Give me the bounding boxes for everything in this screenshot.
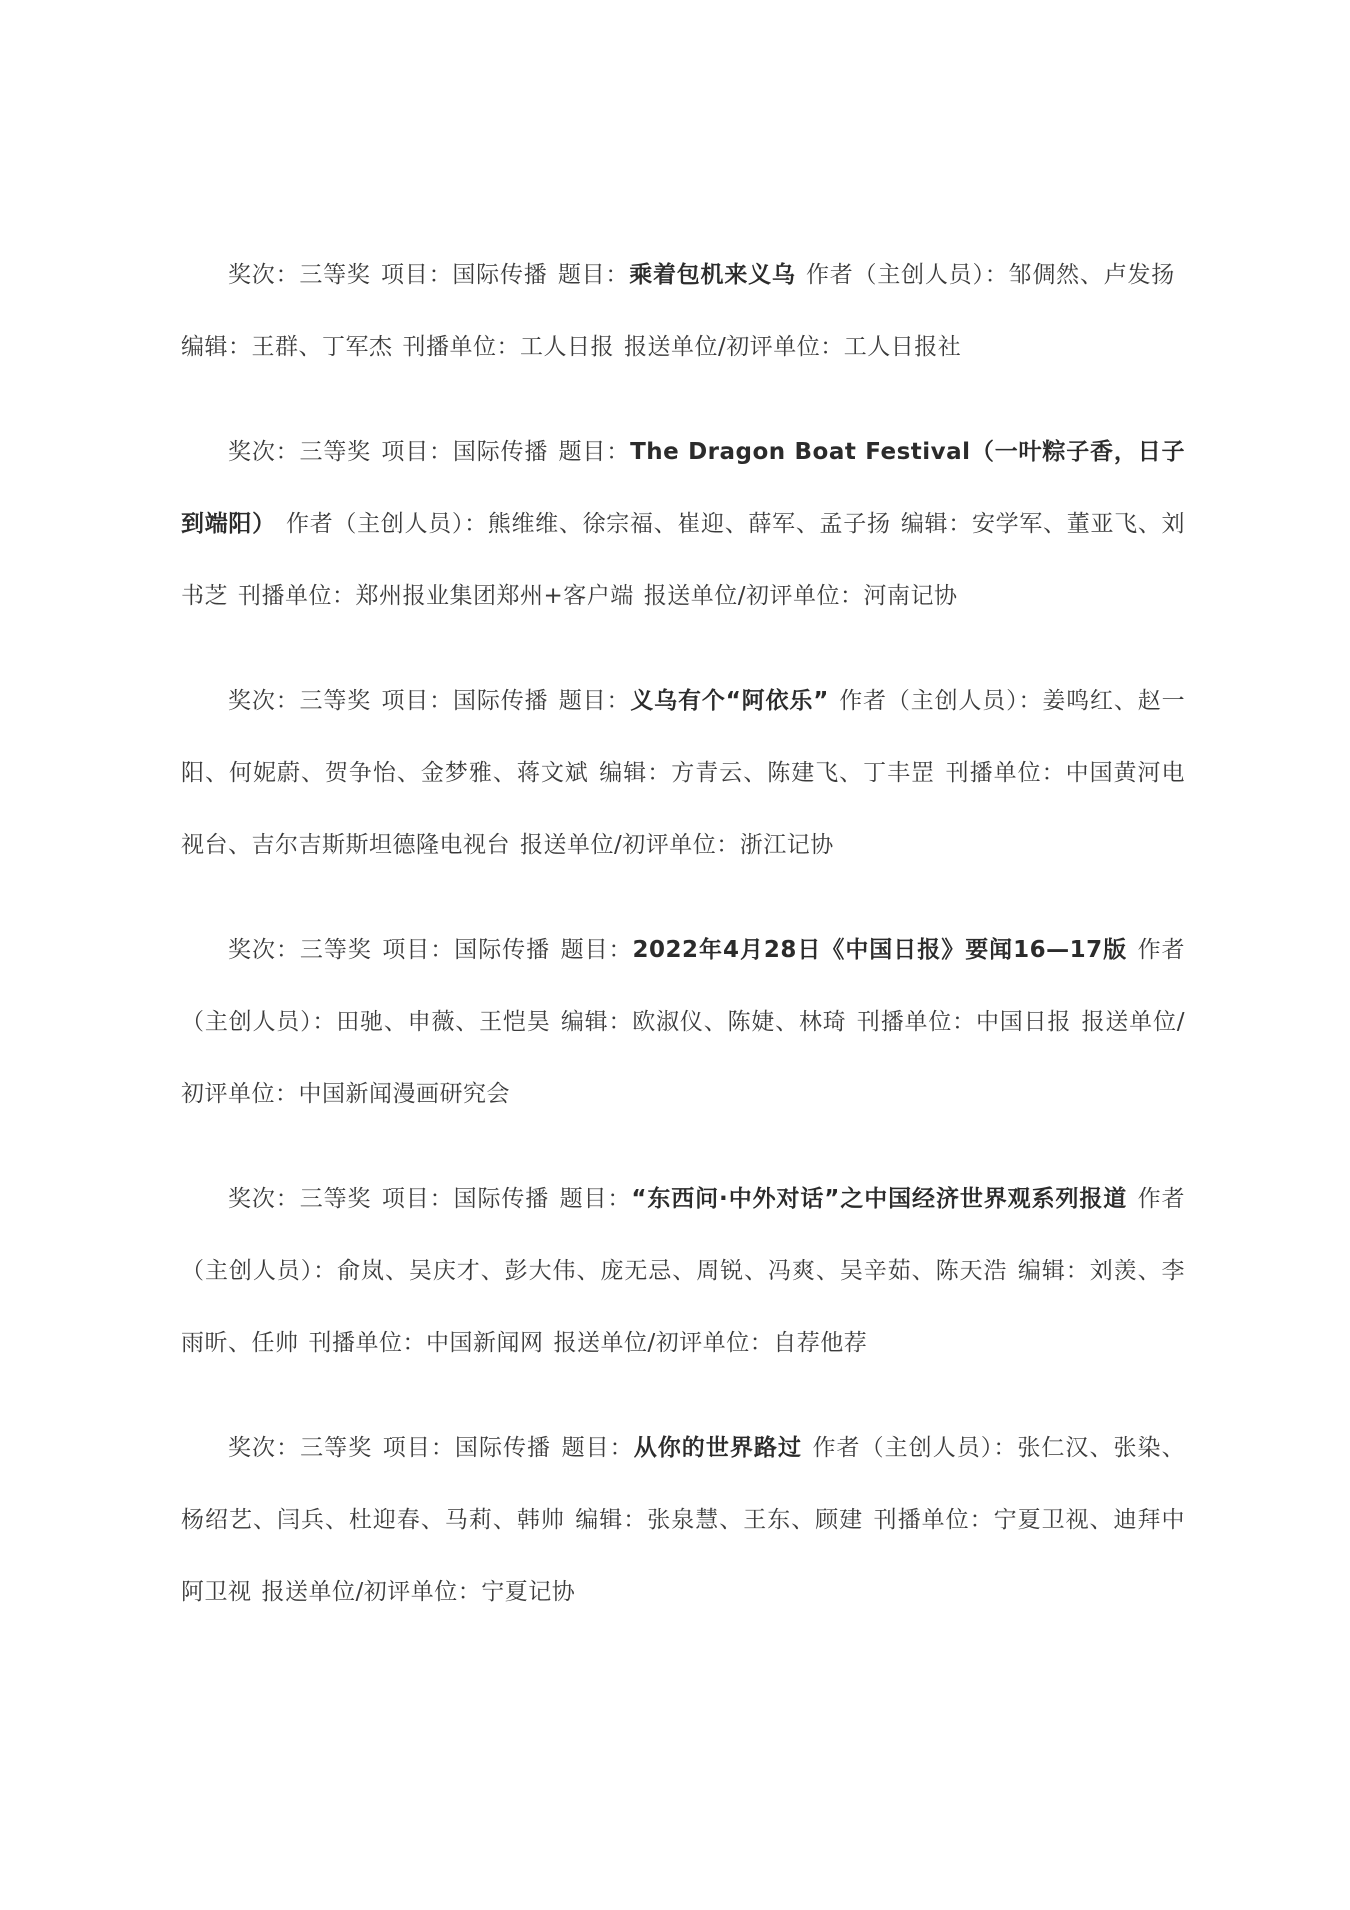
category-value: 国际传播: [454, 1186, 550, 1212]
editors-label: 编辑：: [181, 334, 252, 360]
authors-label: 作者（主创人员）：: [806, 262, 1009, 288]
submitter-label: 报送单位/初评单位：: [644, 583, 864, 609]
award-label: 奖次：: [228, 439, 300, 465]
award-value: 三等奖: [300, 1435, 372, 1461]
publisher-label: 刊播单位：: [873, 1507, 993, 1533]
authors-value: 邹倜然、卢发扬: [1009, 262, 1176, 288]
authors-value: 俞岚、吴庆才、彭大伟、庞无忌、周锐、冯爽、吴辛茹、陈天浩: [337, 1258, 1007, 1284]
authors-value: 熊维维、徐宗福、崔迎、薛军、孟子扬: [488, 511, 891, 537]
award-entry: 奖次：三等奖项目：国际传播题目：The Dragon Boat Festival…: [181, 416, 1185, 632]
category-value: 国际传播: [455, 1435, 551, 1461]
category-value: 国际传播: [454, 937, 550, 963]
publisher-value: 工人日报: [520, 334, 614, 360]
award-label: 奖次：: [228, 262, 299, 288]
publisher-value: 郑州报业集团郑州+客户端: [356, 583, 634, 609]
submitter-label: 报送单位/初评单位：: [520, 832, 740, 858]
award-value: 三等奖: [300, 937, 372, 963]
editors-value: 张泉慧、王东、顾建: [647, 1507, 863, 1533]
title-label: 题目：: [560, 937, 632, 963]
award-entry: 奖次：三等奖项目：国际传播题目：乘着包机来义乌作者（主创人员）：邹倜然、卢发扬编…: [181, 239, 1185, 383]
publisher-label: 刊播单位：: [857, 1009, 976, 1035]
category-label: 项目：: [382, 937, 454, 963]
submitter-label: 报送单位/初评单位：: [262, 1579, 482, 1605]
title-label: 题目：: [561, 1435, 634, 1461]
submitter-value: 浙江记协: [740, 832, 834, 858]
submitter-value: 中国新闻漫画研究会: [299, 1081, 511, 1107]
authors-label: 作者（主创人员）：: [812, 1435, 1017, 1461]
editors-label: 编辑：: [575, 1507, 647, 1533]
publisher-label: 刊播单位：: [945, 760, 1065, 786]
award-value: 三等奖: [300, 439, 372, 465]
editors-label: 编辑：: [561, 1009, 633, 1035]
entry-title: 从你的世界路过: [634, 1435, 802, 1461]
award-entry: 奖次：三等奖项目：国际传播题目：从你的世界路过作者（主创人员）：张仁汉、张染、杨…: [181, 1412, 1185, 1628]
award-label: 奖次：: [228, 1435, 300, 1461]
category-label: 项目：: [381, 688, 453, 714]
award-label: 奖次：: [228, 937, 300, 963]
entry-title: 2022年4月28日《中国日报》要闻16—17版: [633, 937, 1128, 963]
submitter-label: 报送单位/初评单位：: [624, 334, 844, 360]
award-value: 三等奖: [299, 262, 370, 288]
category-label: 项目：: [381, 439, 453, 465]
title-label: 题目：: [558, 688, 630, 714]
submitter-label: 报送单位/初评单位：: [554, 1330, 774, 1356]
title-label: 题目：: [558, 439, 630, 465]
entry-title: 义乌有个“阿依乐”: [630, 688, 829, 714]
submitter-value: 自荐他荐: [773, 1330, 867, 1356]
document-page: 奖次：三等奖项目：国际传播题目：乘着包机来义乌作者（主创人员）：邹倜然、卢发扬编…: [181, 239, 1185, 1661]
award-entry: 奖次：三等奖项目：国际传播题目：“东西问·中外对话”之中国经济世界观系列报道作者…: [181, 1163, 1185, 1379]
award-value: 三等奖: [300, 1186, 372, 1212]
award-label: 奖次：: [228, 1186, 300, 1212]
editors-label: 编辑：: [1017, 1258, 1089, 1284]
award-value: 三等奖: [300, 688, 372, 714]
award-label: 奖次：: [228, 688, 300, 714]
publisher-value: 中国日报: [976, 1009, 1071, 1035]
award-entry: 奖次：三等奖项目：国际传播题目：义乌有个“阿依乐”作者（主创人员）：姜鸣红、赵一…: [181, 665, 1185, 881]
publisher-label: 刊播单位：: [403, 334, 521, 360]
category-value: 国际传播: [453, 688, 548, 714]
publisher-label: 刊播单位：: [309, 1330, 427, 1356]
category-value: 国际传播: [452, 262, 547, 288]
editors-value: 王群、丁军杰: [252, 334, 393, 360]
category-value: 国际传播: [453, 439, 548, 465]
submitter-value: 宁夏记协: [481, 1579, 575, 1605]
editors-label: 编辑：: [599, 760, 671, 786]
authors-value: 田驰、申薇、王恺昊: [336, 1009, 550, 1035]
title-label: 题目：: [559, 1186, 631, 1212]
submitter-value: 河南记协: [864, 583, 958, 609]
publisher-label: 刊播单位：: [238, 583, 356, 609]
entry-title: 乘着包机来义乌: [629, 262, 796, 288]
submitter-value: 工人日报社: [844, 334, 962, 360]
category-label: 项目：: [381, 1186, 453, 1212]
category-label: 项目：: [381, 262, 453, 288]
editors-value: 方青云、陈建飞、丁丰罡: [671, 760, 935, 786]
award-entry: 奖次：三等奖项目：国际传播题目：2022年4月28日《中国日报》要闻16—17版…: [181, 914, 1185, 1130]
entry-title: “东西问·中外对话”之中国经济世界观系列报道: [631, 1186, 1127, 1212]
category-label: 项目：: [382, 1435, 455, 1461]
editors-value: 欧淑仪、陈婕、林琦: [632, 1009, 846, 1035]
editors-label: 编辑：: [901, 511, 972, 537]
publisher-value: 中国新闻网: [426, 1330, 544, 1356]
title-label: 题目：: [558, 262, 630, 288]
authors-label: 作者（主创人员）：: [286, 511, 488, 537]
authors-label: 作者（主创人员）：: [839, 688, 1042, 714]
